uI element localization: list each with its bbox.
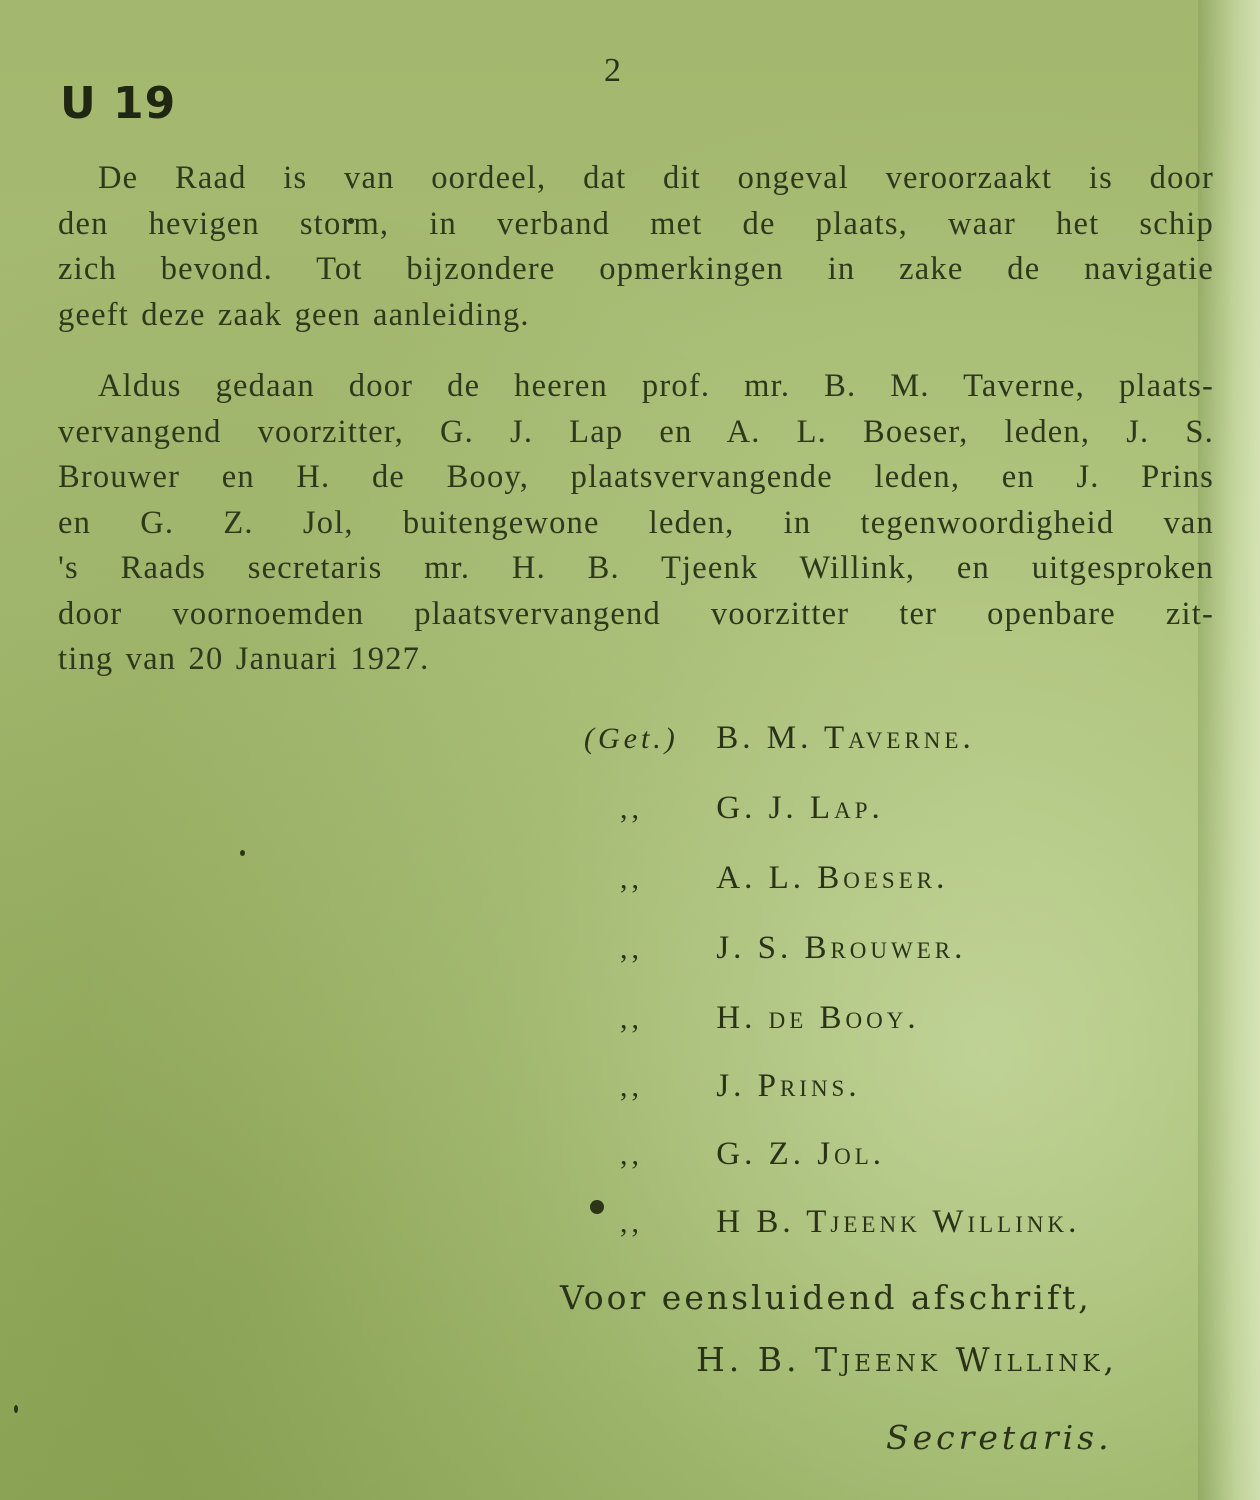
signature-row: ,, J. Prins. bbox=[584, 1068, 861, 1105]
signature-name: J. S. Brouwer. bbox=[716, 930, 966, 966]
ditto-mark: ,, bbox=[584, 792, 704, 826]
signature-row: (Get.) B. M. Taverne. bbox=[584, 720, 975, 757]
secretary-name: H. B. Tjeenk Willink, bbox=[696, 1340, 1118, 1379]
ink-spot bbox=[14, 1405, 18, 1413]
ditto-mark: ,, bbox=[584, 862, 704, 896]
signature-row: ,, H. de Booy. bbox=[584, 1000, 920, 1037]
certification-line: Voor eensluidend afschrift, bbox=[560, 1278, 1092, 1317]
secretary-title: Secretaris. bbox=[886, 1418, 1113, 1457]
signature-name: H B. Tjeenk Willink. bbox=[716, 1204, 1080, 1240]
ditto-mark: ,, bbox=[584, 932, 704, 966]
signature-row: ,, G. Z. Jol. bbox=[584, 1136, 885, 1173]
signature-block: (Get.) B. M. Taverne. ,, G. J. Lap. ,, A… bbox=[0, 0, 1260, 1500]
signature-name: J. Prins. bbox=[716, 1068, 860, 1104]
ditto-mark: ,, bbox=[584, 1070, 704, 1104]
ditto-mark: ,, bbox=[584, 1002, 704, 1036]
signature-name: A. L. Boeser. bbox=[716, 860, 948, 896]
signature-row: ,, H B. Tjeenk Willink. bbox=[584, 1204, 1080, 1241]
ink-spot bbox=[240, 850, 245, 856]
signature-name: G. J. Lap. bbox=[716, 790, 883, 826]
ink-spot bbox=[590, 1200, 604, 1214]
signature-row: ,, G. J. Lap. bbox=[584, 790, 884, 827]
document-page: U 19 2 De Raad is van oordeel, dat dit o… bbox=[0, 0, 1260, 1500]
signature-name: H. de Booy. bbox=[716, 1000, 919, 1036]
signature-name: B. M. Taverne. bbox=[716, 720, 974, 756]
signature-row: ,, A. L. Boeser. bbox=[584, 860, 948, 897]
signature-prefix: (Get.) bbox=[584, 722, 704, 756]
signature-row: ,, J. S. Brouwer. bbox=[584, 930, 966, 967]
ink-spot bbox=[348, 218, 354, 224]
signature-name: G. Z. Jol. bbox=[716, 1136, 885, 1172]
ditto-mark: ,, bbox=[584, 1138, 704, 1172]
